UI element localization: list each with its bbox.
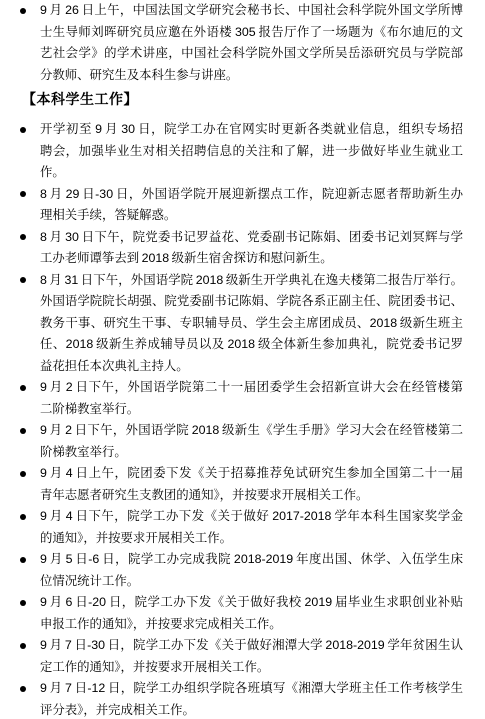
item-text-line: 二阶梯教室举行。 <box>40 399 463 421</box>
list-item: 9 月 2 日下午，外国语学院 2018 级新生《学生手册》学习大会在经管楼第二… <box>0 420 463 463</box>
item-text-line: 阶梯教室举行。 <box>40 442 463 464</box>
item-text-line: 分教师、研究生及本科生参与讲座。 <box>40 65 463 87</box>
list-item: 9 月 5 日-6 日，院学工办完成我院 2018-2019 年度出国、休学、入… <box>0 549 463 592</box>
item-text-line: 外国语学院院长胡强、院党委副书记陈娟、学院各系正副主任、院团委书记、 <box>40 291 463 313</box>
bullet-icon <box>20 277 26 283</box>
list-item: 9 月 4 日上午，院团委下发《关于招募推荐免试研究生参加全国第二十一届 青年志… <box>0 463 463 506</box>
section-heading: 【本科学生工作】 <box>0 86 485 119</box>
item-text-line: 9 月 4 日上午，院团委下发《关于招募推荐免试研究生参加全国第二十一届 <box>40 463 463 485</box>
item-text-line: 9 月 26 日上午，中国法国文学研究会秘书长、中国社会科学院外国文学所博 <box>40 0 463 22</box>
item-text-line: 申报工作的通知》，并按要求完成相关工作。 <box>40 614 463 636</box>
item-text-line: 8 月 31 日下午，外国语学院 2018 级新生开学典礼在逸夫楼第二报告厅举行… <box>40 270 463 292</box>
item-text-line: 9 月 7 日-12 日，院学工办组织学院各班填写《湘潭大学班主任工作考核学生 <box>40 678 463 700</box>
bullet-icon <box>20 191 26 197</box>
item-text-line: 定工作的通知》，并按要求开展相关工作。 <box>40 657 463 679</box>
bullet-icon <box>20 471 26 477</box>
bullet-icon <box>20 8 26 14</box>
item-text-line: 青年志愿者研究生支教团的通知》，并按要求开展相关工作。 <box>40 485 463 507</box>
bullet-icon <box>20 127 26 133</box>
bullet-icon <box>20 686 26 692</box>
bullet-icon <box>20 385 26 391</box>
list-item: 9 月 2 日下午，外国语学院第二十一届团委学生会招新宣讲大会在经管楼第 二阶梯… <box>0 377 463 420</box>
item-text-line: 8 月 29 日-30 日，外国语学院开展迎新摆点工作，院迎新志愿者帮助新生办 <box>40 184 463 206</box>
item-text-line: 9 月 6 日-20 日，院学工办下发《关于做好我校 2019 届毕业生求职创业… <box>40 592 463 614</box>
bullet-icon <box>20 428 26 434</box>
item-text-line: 益花担任本次典礼主持人。 <box>40 356 463 378</box>
list-item: 8 月 31 日下午，外国语学院 2018 级新生开学典礼在逸夫楼第二报告厅举行… <box>0 270 463 378</box>
section-heading-text: 【本科学生工作】 <box>22 86 485 114</box>
item-text-line: 9 月 7 日-30 日，院学工办下发《关于做好湘潭大学 2018-2019 学… <box>40 635 463 657</box>
document-body: 9 月 26 日上午，中国法国文学研究会秘书长、中国社会科学院外国文学所博 士生… <box>0 0 485 719</box>
list-item: 9 月 26 日上午，中国法国文学研究会秘书长、中国社会科学院外国文学所博 士生… <box>0 0 463 86</box>
item-text-line: 9 月 4 日下午，院学工办下发《关于做好 2017-2018 学年本科生国家奖… <box>40 506 463 528</box>
bullet-icon <box>20 643 26 649</box>
bullet-icon <box>20 557 26 563</box>
bullet-icon <box>20 600 26 606</box>
item-text-line: 教务干事、研究生干事、专职辅导员、学生会主席团成员、2018 级新生班主 <box>40 313 463 335</box>
list-item: 9 月 7 日-30 日，院学工办下发《关于做好湘潭大学 2018-2019 学… <box>0 635 463 678</box>
item-text-line: 的通知》，并按要求开展相关工作。 <box>40 528 463 550</box>
item-text-line: 理相关手续，答疑解惑。 <box>40 205 463 227</box>
list-item: 8 月 29 日-30 日，外国语学院开展迎新摆点工作，院迎新志愿者帮助新生办 … <box>0 184 463 227</box>
bullet-icon <box>20 234 26 240</box>
item-text-line: 9 月 5 日-6 日，院学工办完成我院 2018-2019 年度出国、休学、入… <box>40 549 463 571</box>
bullet-icon <box>20 514 26 520</box>
item-text-line: 评分表》，并完成相关工作。 <box>40 700 463 719</box>
item-text-line: 聘会，加强毕业生对相关招聘信息的关注和了解，进一步做好毕业生就业工 <box>40 141 463 163</box>
item-text-line: 8 月 30 日下午，院党委书记罗益花、党委副书记陈娟、团委书记刘冥辉与学 <box>40 227 463 249</box>
item-text-line: 位情况统计工作。 <box>40 571 463 593</box>
list-item: 9 月 6 日-20 日，院学工办下发《关于做好我校 2019 届毕业生求职创业… <box>0 592 463 635</box>
item-text-line: 士生导师刘晖研究员应邀在外语楼 305 报告厅作了一场题为《布尔迪厄的文 <box>40 22 463 44</box>
item-text-line: 9 月 2 日下午，外国语学院第二十一届团委学生会招新宣讲大会在经管楼第 <box>40 377 463 399</box>
item-text-line: 开学初至 9 月 30 日，院学工办在官网实时更新各类就业信息，组织专场招 <box>40 119 463 141</box>
list-item: 开学初至 9 月 30 日，院学工办在官网实时更新各类就业信息，组织专场招 聘会… <box>0 119 463 184</box>
item-text-line: 工办老师谭筝去到 2018 级新生宿舍探访和慰问新生。 <box>40 248 463 270</box>
item-text-line: 艺社会学》的学术讲座，中国社会科学院外国文学所吴岳添研究员与学院部 <box>40 43 463 65</box>
list-item: 9 月 7 日-12 日，院学工办组织学院各班填写《湘潭大学班主任工作考核学生 … <box>0 678 463 719</box>
item-text-line: 任、2018 级新生养成辅导员以及 2018 级全体新生参加典礼，院党委书记罗 <box>40 334 463 356</box>
list-item: 8 月 30 日下午，院党委书记罗益花、党委副书记陈娟、团委书记刘冥辉与学 工办… <box>0 227 463 270</box>
list-item: 9 月 4 日下午，院学工办下发《关于做好 2017-2018 学年本科生国家奖… <box>0 506 463 549</box>
item-text-line: 作。 <box>40 162 463 184</box>
item-text-line: 9 月 2 日下午，外国语学院 2018 级新生《学生手册》学习大会在经管楼第二 <box>40 420 463 442</box>
